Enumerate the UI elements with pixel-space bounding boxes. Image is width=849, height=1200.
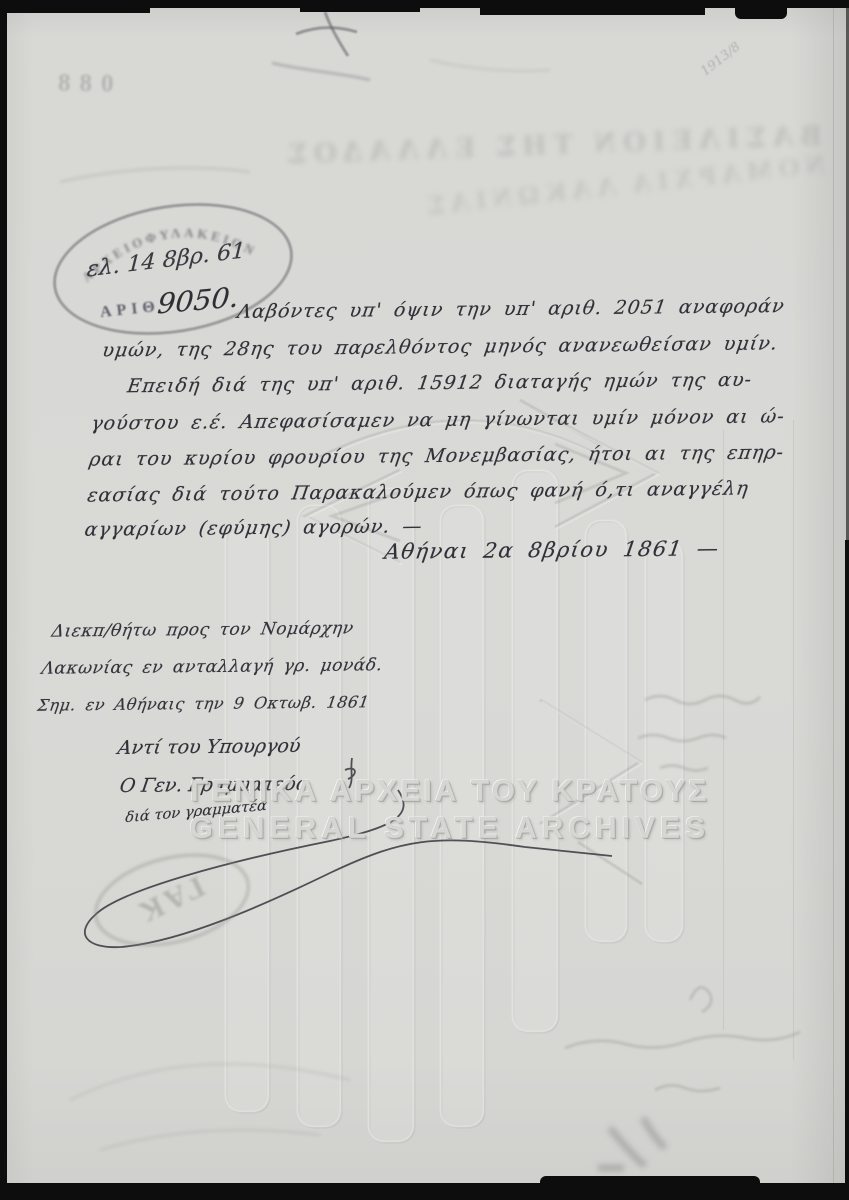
scan-border-top-blob — [480, 0, 705, 15]
scan-border-bottom-blob — [540, 1176, 760, 1188]
bleedthrough-squiggles — [0, 0, 849, 1200]
scan-border-right — [845, 540, 849, 1200]
scan-border-top-blob — [0, 0, 150, 13]
scanned-document: 880 1913/8 ΒΑΣΙΛΕΙΟΝ ΤΗΣ ΕΛΛΑΔΟΣ ΝΟΜΑΡΧΙ… — [0, 0, 849, 1200]
scan-border-left — [0, 0, 7, 1200]
scan-border-top-blob — [300, 0, 420, 12]
scan-border-top-blob — [735, 0, 787, 19]
